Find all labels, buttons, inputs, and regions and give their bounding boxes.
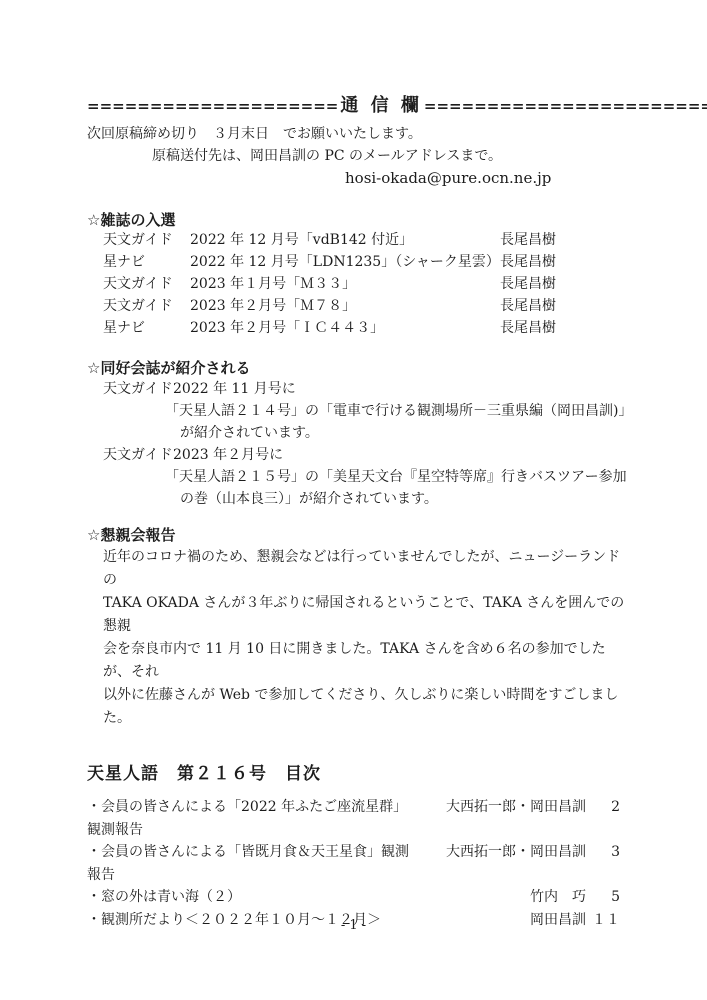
toc-entry-title: ・窓の外は青い海（２） bbox=[87, 886, 414, 909]
email-address: hosi-okada@pure.ocn.ne.jp bbox=[87, 167, 551, 189]
paragraph-line: 以外に佐藤さんが Web で参加してくださり、久しぶりに楽しい時間をすごしました… bbox=[103, 684, 633, 730]
document-page: ====================通 信 欄===============… bbox=[0, 0, 707, 1000]
toc-row: ・会員の皆さんによる「皆既月食＆天王星食」観測報告 大西拓一郎・岡田昌訓 3 bbox=[87, 841, 620, 886]
magazine-name: 星ナビ bbox=[103, 251, 190, 273]
winner-name: 長尾昌樹 bbox=[500, 317, 556, 339]
issue-title: 2022 年 12 月号「vdB142 付近」 bbox=[190, 229, 500, 251]
issue-title: 2023 年１月号「Ｍ３３」 bbox=[190, 273, 500, 295]
entry-issue-line: 天文ガイド 2023 年２月号に bbox=[103, 444, 643, 466]
issue-title: 2023 年２月号「ＩＣ４４３」 bbox=[190, 317, 500, 339]
entry-detail: の巻（山本良三）」が紹介されています。 bbox=[103, 488, 643, 510]
header-rule-right: ============================= bbox=[424, 97, 707, 115]
toc-entry-page: 3 bbox=[586, 841, 620, 886]
magazine-winners-heading: ☆雑誌の入選 bbox=[87, 209, 175, 230]
toc-title: 天星人語 第２１６号 目次 bbox=[87, 759, 321, 784]
toc-entry-author: 竹内 巧 bbox=[414, 886, 586, 909]
paragraph-line: 近年のコロナ禍のため、懇親会などは行っていませんでしたが、ニュージーランドの bbox=[103, 546, 633, 592]
magazine-winners-table: 天文ガイド 2022 年 12 月号「vdB142 付近」 長尾昌樹 星ナビ 2… bbox=[103, 229, 620, 339]
toc-entry-page: 5 bbox=[586, 886, 620, 909]
toc-entry-title: ・会員の皆さんによる「2022 年ふたご座流星群」観測報告 bbox=[87, 796, 414, 841]
toc-entry-author: 大西拓一郎・岡田昌訓 bbox=[414, 841, 586, 886]
send-to-line: 原稿送付先は、岡田昌訓の PC のメールアドレスまで。 bbox=[87, 145, 551, 167]
toc-entry-author: 大西拓一郎・岡田昌訓 bbox=[414, 796, 586, 841]
club-journal-entries: 天文ガイド 2022 年 11 月号に 「天星人語２１４号」の「電車で行ける観測… bbox=[103, 378, 643, 510]
magazine-name: 天文ガイド bbox=[103, 273, 190, 295]
magazine-name: 天文ガイド bbox=[103, 229, 190, 251]
table-row: 星ナビ 2022 年 12 月号「LDN1235」（シャーク星雲） 長尾昌樹 bbox=[103, 251, 620, 273]
magazine-name: 天文ガイド bbox=[103, 444, 173, 466]
paragraph-line: 会を奈良市内で 11 月 10 日に開きました。TAKA さんを含め６名の参加で… bbox=[103, 638, 633, 684]
magazine-name: 天文ガイド bbox=[103, 295, 190, 317]
entry-detail: が紹介されています。 bbox=[103, 422, 643, 444]
club-journal-heading: ☆同好会誌が紹介される bbox=[87, 357, 250, 378]
header-rule-left: ==================== bbox=[87, 97, 338, 115]
entry-detail: 「天星人語２１４号」の「電車で行ける観測場所－三重県編（岡田昌訓)」 bbox=[103, 400, 643, 422]
magazine-name: 星ナビ bbox=[103, 317, 190, 339]
entry-issue-line: 天文ガイド 2022 年 11 月号に bbox=[103, 378, 643, 400]
deadline-line: 次回原稿締め切り ３月末日 でお願いいたします。 bbox=[87, 123, 551, 145]
party-report-paragraph: 近年のコロナ禍のため、懇親会などは行っていませんでしたが、ニュージーランドの T… bbox=[103, 546, 633, 730]
toc-row: ・窓の外は青い海（２） 竹内 巧 5 bbox=[87, 886, 620, 909]
table-row: 天文ガイド 2023 年２月号「Ｍ７８」 長尾昌樹 bbox=[103, 295, 620, 317]
table-row: 星ナビ 2023 年２月号「ＩＣ４４３」 長尾昌樹 bbox=[103, 317, 620, 339]
page-number: - 1 - bbox=[0, 918, 707, 933]
winner-name: 長尾昌樹 bbox=[500, 251, 556, 273]
toc-entry-page: 2 bbox=[586, 796, 620, 841]
winner-name: 長尾昌樹 bbox=[500, 229, 556, 251]
entry-detail: 「天星人語２１５号」の「美星天文台『星空特等席』行きバスツアー参加 bbox=[103, 466, 643, 488]
submission-notice: 次回原稿締め切り ３月末日 でお願いいたします。 原稿送付先は、岡田昌訓の PC… bbox=[87, 123, 551, 189]
table-row: 天文ガイド 2022 年 12 月号「vdB142 付近」 長尾昌樹 bbox=[103, 229, 620, 251]
magazine-name: 天文ガイド bbox=[103, 378, 173, 400]
party-report-heading: ☆懇親会報告 bbox=[87, 524, 175, 545]
section-header-rule: ====================通 信 欄===============… bbox=[87, 91, 627, 117]
toc-row: ・会員の皆さんによる「2022 年ふたご座流星群」観測報告 大西拓一郎・岡田昌訓… bbox=[87, 796, 620, 841]
issue-title: 2023 年２月号「Ｍ７８」 bbox=[190, 295, 500, 317]
issue-title: 2022 年 12 月号「LDN1235」（シャーク星雲） bbox=[190, 251, 500, 273]
toc-list: ・会員の皆さんによる「2022 年ふたご座流星群」観測報告 大西拓一郎・岡田昌訓… bbox=[87, 796, 620, 931]
toc-entry-title: ・会員の皆さんによる「皆既月食＆天王星食」観測報告 bbox=[87, 841, 414, 886]
issue-date: 2022 年 11 月号に bbox=[173, 378, 296, 400]
table-row: 天文ガイド 2023 年１月号「Ｍ３３」 長尾昌樹 bbox=[103, 273, 620, 295]
winner-name: 長尾昌樹 bbox=[500, 295, 556, 317]
issue-date: 2023 年２月号に bbox=[173, 444, 283, 466]
page-title: 通 信 欄 bbox=[338, 95, 424, 116]
winner-name: 長尾昌樹 bbox=[500, 273, 556, 295]
paragraph-line: TAKA OKADA さんが３年ぶりに帰国されるということで、TAKA さんを囲… bbox=[103, 592, 633, 638]
